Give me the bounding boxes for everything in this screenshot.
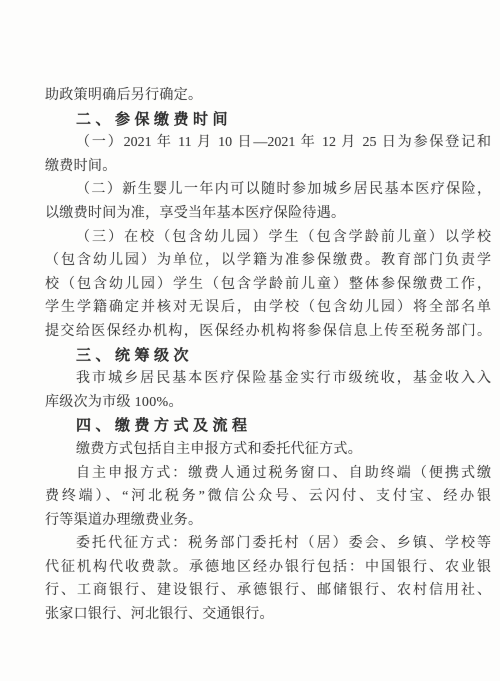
document-line: 助政策明确后另行确定。 — [45, 84, 491, 108]
section-heading-4-payment-method-process: 四、缴费方式及流程 — [45, 414, 491, 438]
document-line: 库级次为市级 100%。 — [45, 391, 491, 415]
document-line: 以缴费时间为准，享受当年基本医疗保险待遇。 — [45, 202, 491, 226]
document-line: 自主申报方式：缴费人通过税务窗口、自助终端（便携式缴 — [45, 462, 491, 486]
scanned-document-page: 助政策明确后另行确定。 二、参保缴费时间 （一）2021 年 11 月 10 日… — [0, 0, 500, 681]
document-line: （包含幼儿园）为单位，以学籍为准参保缴费。教育部门负责学 — [45, 249, 491, 273]
document-line: 行等渠道办理缴费业务。 — [45, 509, 491, 533]
document-line: （二）新生婴儿一年内可以随时参加城乡居民基本医疗保险， — [45, 178, 491, 202]
document-line: 费终端）、“河北税务”微信公众号、云闪付、支付宝、经办银 — [45, 485, 491, 509]
document-line: 代征机构代收费款。承德地区经办银行包括：中国银行、农业银 — [45, 556, 491, 580]
document-line: 委托代征方式：税务部门委托村（居）委会、乡镇、学校等 — [45, 532, 491, 556]
document-line: 缴费时间。 — [45, 155, 491, 179]
section-heading-2-enrollment-payment-time: 二、参保缴费时间 — [45, 108, 491, 132]
document-line: 学生学籍确定并核对无误后，由学校（包含幼儿园）将全部名单 — [45, 296, 491, 320]
document-line: 缴费方式包括自主申报方式和委托代征方式。 — [45, 438, 491, 462]
document-line: 提交给医保经办机构，医保经办机构将参保信息上传至税务部门。 — [45, 320, 491, 344]
document-text-column: 助政策明确后另行确定。 二、参保缴费时间 （一）2021 年 11 月 10 日… — [45, 84, 491, 627]
section-heading-3-pooling-level: 三、统筹级次 — [45, 344, 491, 368]
document-line: 校（包含幼儿园）学生（包含学龄前儿童）整体参保缴费工作， — [45, 273, 491, 297]
document-line: 我市城乡居民基本医疗保险基金实行市级统收，基金收入入 — [45, 367, 491, 391]
document-line: 张家口银行、河北银行、交通银行。 — [45, 603, 491, 627]
document-line: 行、工商银行、建设银行、承德银行、邮储银行、农村信用社、 — [45, 579, 491, 603]
document-line: （一）2021 年 11 月 10 日—2021 年 12 月 25 日为参保登… — [45, 131, 491, 155]
document-line: （三）在校（包含幼儿园）学生（包含学龄前儿童）以学校 — [45, 226, 491, 250]
